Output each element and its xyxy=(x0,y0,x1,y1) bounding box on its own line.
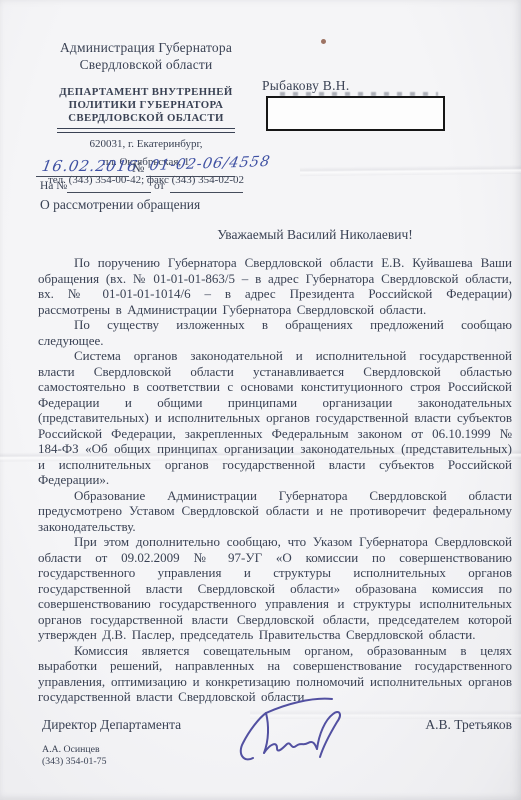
body-paragraph: По существу изложенных в обращениях пред… xyxy=(38,317,512,348)
handwritten-date: 16.02.2016 xyxy=(40,157,139,175)
scanned-letter-page: Администрация Губернатора Свердловской о… xyxy=(0,0,521,800)
salutation: Уважаемый Василий Николаевич! xyxy=(150,227,480,243)
reference-label-ot: от xyxy=(154,180,165,192)
department-name-line: ДЕПАРТАМЕНТ ВНУТРЕННЕЙ xyxy=(40,86,252,99)
paper-crease xyxy=(300,165,521,176)
redaction-box xyxy=(266,96,445,131)
org-name-line: Свердловской области xyxy=(40,57,252,74)
paper-speck xyxy=(321,39,326,44)
signer-name: А.В. Третьяков xyxy=(425,717,512,733)
number-sign: № xyxy=(132,160,144,176)
executor-phone: (343) 354-01-75 xyxy=(42,756,106,768)
handwritten-outgoing-number: 01-02-06/4558 xyxy=(148,154,272,174)
reference-label-na: На № xyxy=(40,180,67,192)
letter-body: По поручению Губернатора Свердловской об… xyxy=(38,255,512,705)
body-paragraph: По поручению Губернатора Свердловской об… xyxy=(38,255,512,317)
reference-underline xyxy=(67,192,151,193)
signature-autograph xyxy=(222,686,354,770)
executor-info: А.А. Осинцев (343) 354-01-75 xyxy=(42,744,106,768)
body-paragraph: При этом дополнительно сообщаю, что Указ… xyxy=(38,534,512,643)
body-paragraph: Образование Администрации Губернатора Св… xyxy=(38,488,512,535)
subject-line: О рассмотрении обращения xyxy=(40,197,200,213)
body-paragraph: Система органов законодательной и исполн… xyxy=(38,348,512,488)
signer-position-title: Директор Департамента xyxy=(42,717,181,733)
executor-name: А.А. Осинцев xyxy=(42,744,106,756)
reference-underline xyxy=(170,192,243,193)
department-name-line: ПОЛИТИКИ ГУБЕРНАТОРА xyxy=(40,99,252,112)
date-underline xyxy=(36,176,129,177)
letterhead-divider xyxy=(57,128,235,133)
number-underline xyxy=(146,176,235,177)
org-name-line: Администрация Губернатора xyxy=(40,40,252,57)
department-name-line: СВЕРДЛОВСКОЙ ОБЛАСТИ xyxy=(40,112,252,125)
sender-address-line: 620031, г. Екатеринбург, xyxy=(40,138,252,151)
